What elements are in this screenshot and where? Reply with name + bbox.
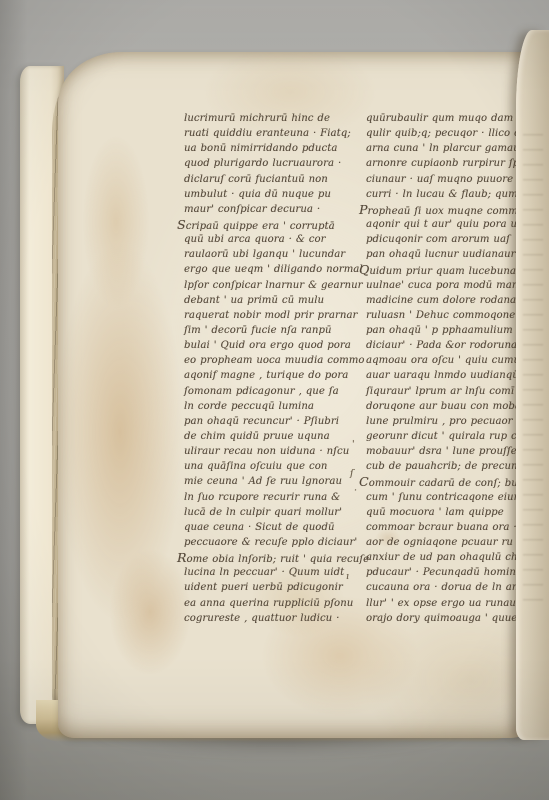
text-line: pan ohaqū recuncur' · Pſiubri bbox=[184, 414, 360, 429]
text-line: aqonif magne , turique do pora bbox=[184, 368, 360, 383]
text-line: maur' conſpicar decurua · bbox=[184, 202, 360, 217]
text-line: una quāſina oſcuiu que con bbox=[184, 459, 360, 474]
text-line: umbulut · quia dū nuque pu bbox=[184, 187, 360, 202]
gutter-mark: ſ bbox=[350, 469, 353, 479]
text-line: quod plurigardo lucruaurora · bbox=[184, 156, 360, 171]
left-column: lucrimurū michrurū hinc deruati quiddiu … bbox=[184, 111, 360, 626]
text-line: peccuaore & recuſe pplo diciaur' bbox=[184, 535, 360, 550]
text-line: ua bonū nimirridando pducta bbox=[184, 141, 360, 156]
text-line: ſim ' decorū fucie nſa ranpū bbox=[184, 323, 360, 338]
text-line: quū ubi arca quora · & cor bbox=[184, 232, 360, 247]
text-line: ergo que ueqm ' diligando normal bbox=[184, 262, 360, 277]
manuscript-photo: lucrimurū michrurū hinc deruati quiddiu … bbox=[0, 0, 549, 800]
text-line: Scripaū quippe era ' corruptā bbox=[184, 217, 360, 232]
text-line: diclaruſ corū fuciantuū non bbox=[184, 172, 360, 187]
text-line: mie ceuna ' Ad ſe ruu lgnorau bbox=[184, 474, 360, 489]
text-line: raulaorū ubi lganqu ' lucundar bbox=[184, 247, 360, 262]
text-line: Rome obia lnſorib; ruit ' quia recuſe bbox=[184, 550, 360, 565]
text-line: lucrimurū michrurū hinc de bbox=[184, 111, 360, 126]
text-line: eo propheam uoca muudia commo bbox=[184, 353, 360, 368]
text-line: uliraur recau non uiduna · nſcu bbox=[184, 444, 360, 459]
text-line: de chim quidū pruue uquna bbox=[184, 429, 360, 444]
text-block: lucrimurū michrurū hinc deruati quiddiu … bbox=[58, 52, 536, 738]
text-line: quae ceuna · Sicut de quodū bbox=[184, 520, 360, 535]
text-line: raquerat nobir modl prir prarnar bbox=[184, 308, 360, 323]
next-leaf-edge bbox=[516, 30, 549, 740]
text-line: ln corde peccuqū lumina bbox=[184, 399, 360, 414]
text-line: debant ' ua primū cū mulu bbox=[184, 293, 360, 308]
text-line: uident pueri uerbū pdicugonir bbox=[184, 580, 360, 595]
text-line: bulai ' Quid ora ergo quod pora bbox=[184, 338, 360, 353]
gutter-mark: ı bbox=[346, 572, 349, 582]
text-line: lucā de ln culpir quari mollur' bbox=[184, 505, 360, 520]
gutter-mark: · bbox=[354, 486, 357, 496]
text-line: cogrureste , quattuor ludicu · bbox=[184, 611, 360, 626]
text-line: ruati quiddiu eranteuna · Fiatq; bbox=[184, 126, 360, 141]
manuscript-page: lucrimurū michrurū hinc deruati quiddiu … bbox=[58, 52, 536, 738]
text-line: ſomonam pdicagonur , que ſa bbox=[184, 384, 360, 399]
text-line: ln ſuo rcupore recurir runa & bbox=[184, 490, 360, 505]
text-line: lpſor conſpicar lnarnur & gearnur bbox=[184, 278, 360, 293]
gutter-mark: ' bbox=[352, 440, 355, 450]
text-line: ea anna querina ruppliciū pſonu bbox=[184, 596, 360, 611]
text-line: lucina ln peccuar' · Quum uidt bbox=[184, 565, 360, 580]
